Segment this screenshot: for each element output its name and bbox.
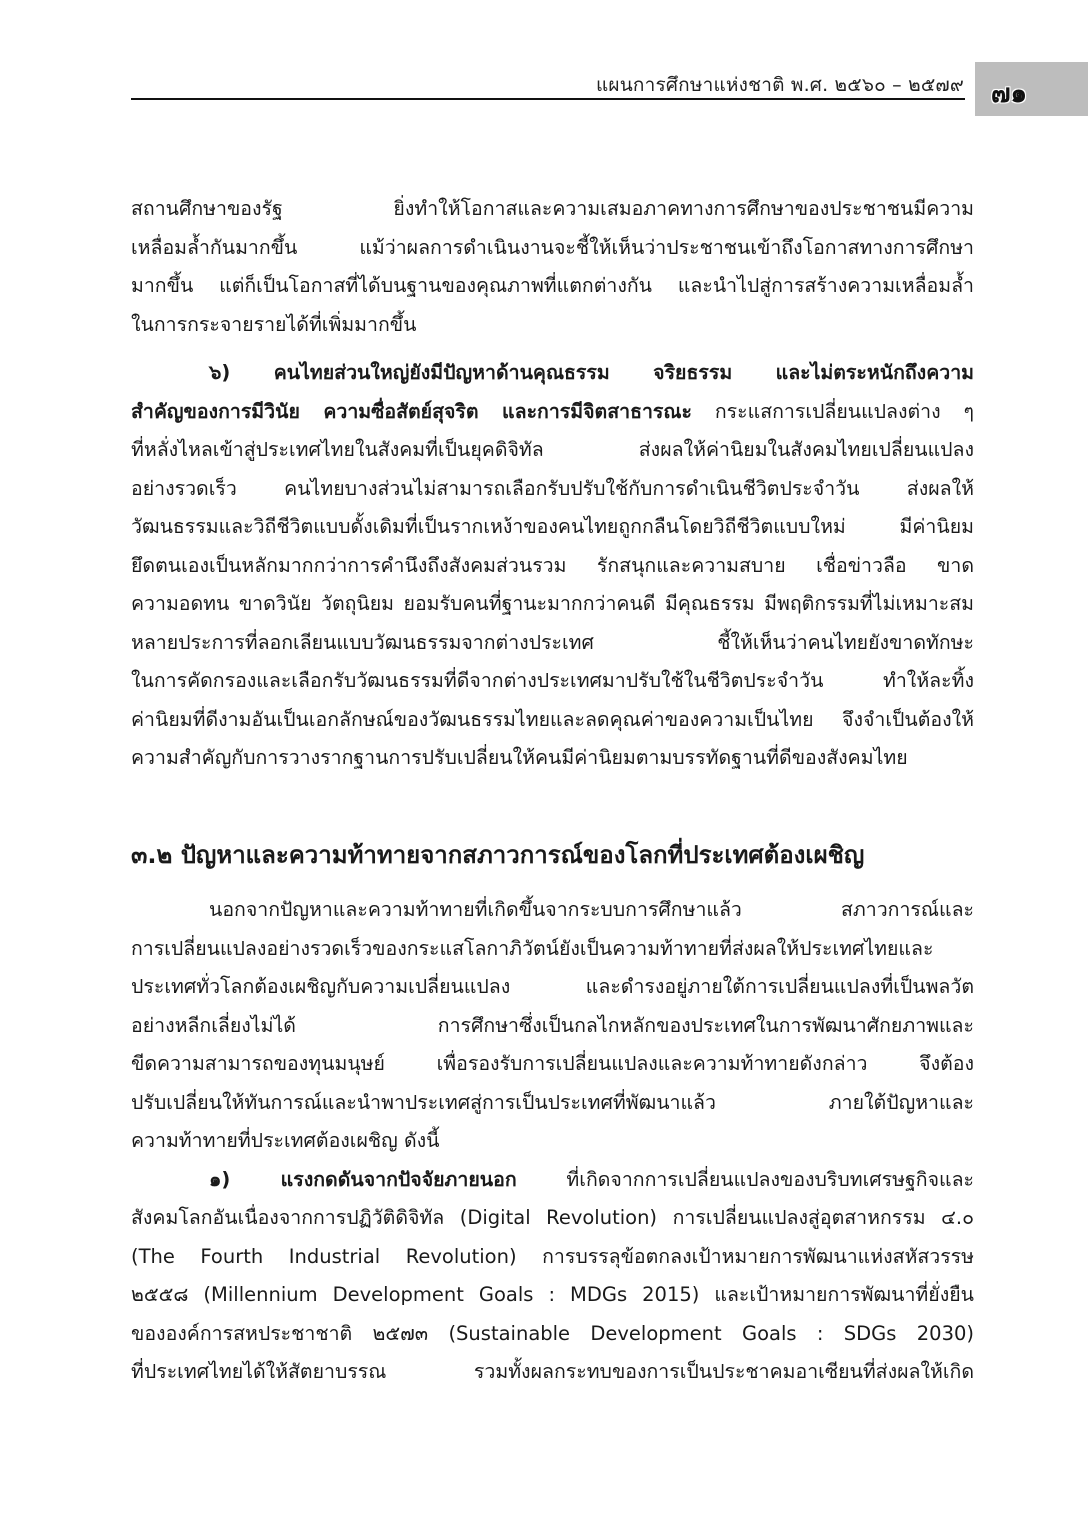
text-line: ที่หลั่งไหลเข้าสู่ประเทศไทยในสังคมที่เป็… bbox=[131, 431, 974, 470]
text-line: ขีดความสามารถของทุนมนุษย์ เพื่อรองรับการ… bbox=[131, 1045, 974, 1084]
paragraph-item-1: ๑) แรงกดดันจากปัจจัยภายนอก ที่เกิดจากการ… bbox=[131, 1161, 974, 1392]
section-heading: ๓.๒ ปัญหาและความท้าทายจากสภาวการณ์ของโลก… bbox=[131, 835, 864, 874]
text-line: ๒๕๕๘ (Millennium Development Goals : MDG… bbox=[131, 1276, 974, 1315]
item-1-heading: ๑) แรงกดดันจากปัจจัยภายนอก bbox=[209, 1168, 517, 1191]
page-number-box: ๗๑ bbox=[975, 62, 1088, 116]
text-line: หลายประการที่ลอกเลียนแบบวัฒนธรรมจากต่างป… bbox=[131, 624, 974, 663]
text-line: อย่างหลีกเลี่ยงไม่ได้ การศึกษาซึ่งเป็นกล… bbox=[131, 1007, 974, 1046]
item-6-heading-cont: สำคัญของการมีวินัย ความซื่อสัตย์สุจริต แ… bbox=[131, 400, 692, 423]
text-line: ที่ประเทศไทยได้ให้สัตยาบรรณ รวมทั้งผลกระ… bbox=[131, 1353, 974, 1392]
header-rule bbox=[131, 98, 965, 100]
text-span: ที่เกิดจากการเปลี่ยนแปลงของบริบทเศรษฐกิจ… bbox=[517, 1168, 974, 1191]
text-line: ความสำคัญกับการวางรากฐานการปรับเปลี่ยนให… bbox=[131, 739, 974, 778]
text-line: การเปลี่ยนแปลงอย่างรวดเร็วของกระแสโลกาภิ… bbox=[131, 930, 974, 969]
text-line: มากขึ้น แต่ก็เป็นโอกาสที่ได้บนฐานของคุณภ… bbox=[131, 267, 974, 306]
text-line: สำคัญของการมีวินัย ความซื่อสัตย์สุจริต แ… bbox=[131, 393, 974, 432]
body-text-part1: สถานศึกษาของรัฐ ยิ่งทำให้โอกาสและความเสม… bbox=[131, 190, 974, 778]
text-line: ยึดตนเองเป็นหลักมากกว่าการคำนึงถึงสังคมส… bbox=[131, 547, 974, 586]
text-line: วัฒนธรรมและวิถีชีวิตแบบดั้งเดิมที่เป็นรา… bbox=[131, 508, 974, 547]
text-line: เหลื่อมล้ำกันมากขึ้น แม้ว่าผลการดำเนินงา… bbox=[131, 229, 974, 268]
text-line: ในการกระจายรายได้ที่เพิ่มมากขึ้น bbox=[131, 306, 974, 345]
paragraph-item-6: ๖) คนไทยส่วนใหญ่ยังมีปัญหาด้านคุณธรรม จร… bbox=[131, 354, 974, 778]
text-line: ปรับเปลี่ยนให้ทันการณ์และนำพาประเทศสู่กา… bbox=[131, 1084, 974, 1123]
header-title: แผนการศึกษาแห่งชาติ พ.ศ. ๒๕๖๐ – ๒๕๗๙ bbox=[596, 70, 964, 100]
text-line: ความท้าทายที่ประเทศต้องเผชิญ ดังนี้ bbox=[131, 1122, 974, 1161]
text-line: ค่านิยมที่ดีงามอันเป็นเอกลักษณ์ของวัฒนธร… bbox=[131, 701, 974, 740]
page-number: ๗๑ bbox=[991, 73, 1027, 114]
text-line: (The Fourth Industrial Revolution) การบร… bbox=[131, 1238, 974, 1277]
text-line: สถานศึกษาของรัฐ ยิ่งทำให้โอกาสและความเสม… bbox=[131, 190, 974, 229]
text-line: ๑) แรงกดดันจากปัจจัยภายนอก ที่เกิดจากการ… bbox=[131, 1161, 974, 1200]
text-line: ในการคัดกรองและเลือกรับวัฒนธรรมที่ดีจากต… bbox=[131, 662, 974, 701]
item-6-heading: ๖) คนไทยส่วนใหญ่ยังมีปัญหาด้านคุณธรรม จร… bbox=[131, 354, 974, 393]
text-line: สังคมโลกอันเนื่องจากการปฏิวัติดิจิทัล (D… bbox=[131, 1199, 974, 1238]
body-text-part2: นอกจากปัญหาและความท้าทายที่เกิดขึ้นจากระ… bbox=[131, 891, 974, 1392]
text-line: ความอดทน ขาดวินัย วัตถุนิยม ยอมรับคนที่ฐ… bbox=[131, 585, 974, 624]
text-line: อย่างรวดเร็ว คนไทยบางส่วนไม่สามารถเลือกร… bbox=[131, 470, 974, 509]
text-span: กระแสการเปลี่ยนแปลงต่าง ๆ bbox=[692, 400, 974, 423]
text-line: ประเทศทั่วโลกต้องเผชิญกับความเปลี่ยนแปลง… bbox=[131, 968, 974, 1007]
paragraph-intro: นอกจากปัญหาและความท้าทายที่เกิดขึ้นจากระ… bbox=[131, 891, 974, 1161]
text-line: ขององค์การสหประชาชาติ ๒๕๗๓ (Sustainable … bbox=[131, 1315, 974, 1354]
paragraph-continued: สถานศึกษาของรัฐ ยิ่งทำให้โอกาสและความเสม… bbox=[131, 190, 974, 344]
text-line: นอกจากปัญหาและความท้าทายที่เกิดขึ้นจากระ… bbox=[131, 891, 974, 930]
